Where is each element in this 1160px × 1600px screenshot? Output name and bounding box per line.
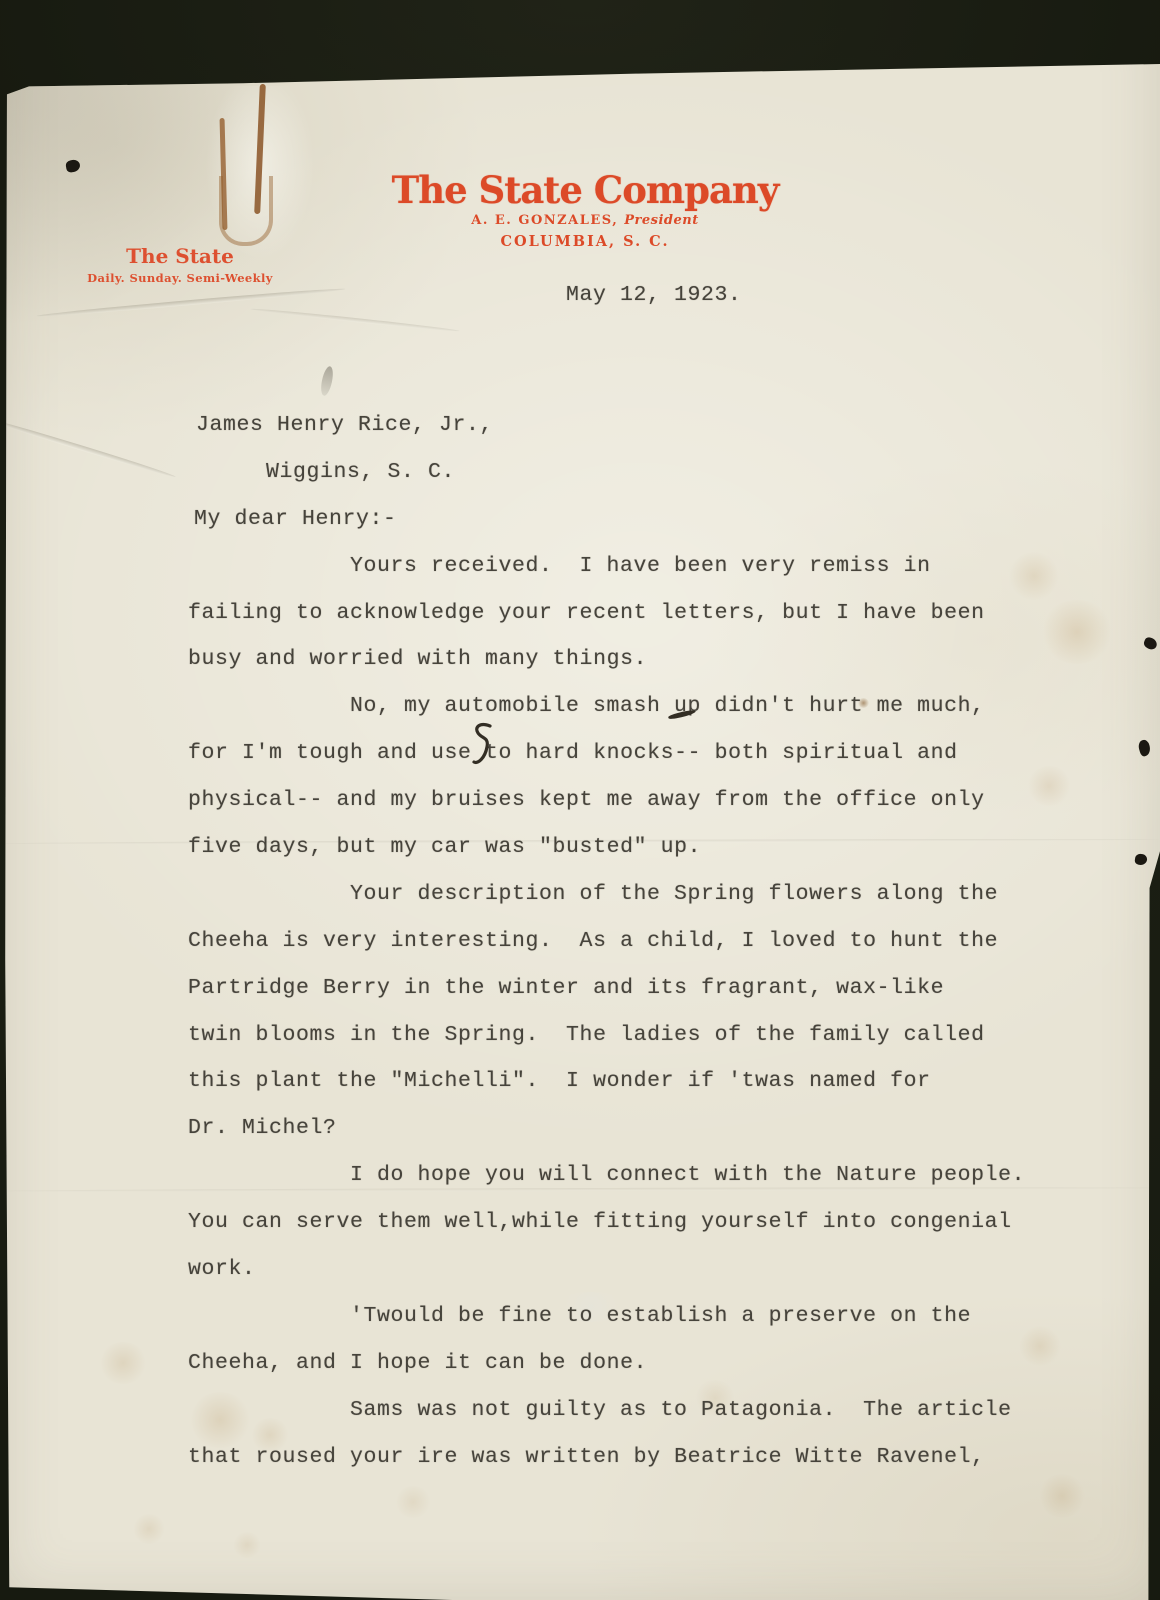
letter-line: Cheeha is very interesting. As a child, … xyxy=(188,918,1098,965)
letter-line: for I'm tough and use to hard knocks-- b… xyxy=(188,730,1098,777)
ink-blot xyxy=(1137,739,1152,757)
ink-blot xyxy=(1134,853,1147,866)
letter-line: Dr. Michel? xyxy=(188,1105,1098,1152)
masthead-subtitle: Daily. Sunday. Semi-Weekly xyxy=(80,271,280,285)
letter-line: Your description of the Spring flowers a… xyxy=(350,871,1098,918)
letterhead-president-line: A. E. GONZALES, President xyxy=(330,213,840,228)
president-title: President xyxy=(624,213,698,228)
letter-line: You can serve them well,while fitting yo… xyxy=(188,1199,1098,1246)
masthead-logo: The State Daily. Sunday. Semi-Weekly xyxy=(80,244,280,285)
salutation-line: My dear Henry:- xyxy=(194,496,1098,543)
crease-line xyxy=(0,416,176,479)
letter-line: 'Twould be fine to establish a preserve … xyxy=(350,1293,1098,1340)
letter-line: that roused your ire was written by Beat… xyxy=(188,1434,1098,1481)
letter-line: busy and worried with many things. xyxy=(188,636,1098,683)
letterhead-company-name: The State Company xyxy=(330,168,840,212)
foxing-stain xyxy=(132,1514,166,1544)
letter-line: failing to acknowledge your recent lette… xyxy=(188,590,1098,637)
letter-line: Yours received. I have been very remiss … xyxy=(350,543,1098,590)
pencil-smudge-mark xyxy=(319,365,335,396)
ink-blot xyxy=(1142,636,1158,651)
letter-line: physical-- and my bruises kept me away f… xyxy=(188,777,1098,824)
letter-line: twin blooms in the Spring. The ladies of… xyxy=(188,1012,1098,1059)
letter-line: Sams was not guilty as to Patagonia. The… xyxy=(350,1387,1098,1434)
paperclip-rust-mark xyxy=(219,176,273,246)
letter-line: five days, but my car was "busted" up. xyxy=(188,824,1098,871)
letter-line: No, my automobile smash up didn't hurt m… xyxy=(350,683,1098,730)
letter-line: work. xyxy=(188,1246,1098,1293)
letterhead-city-line: COLUMBIA, S. C. xyxy=(330,233,840,250)
masthead-title: The State xyxy=(80,244,280,268)
recipient-name-line: James Henry Rice, Jr., xyxy=(196,402,1098,449)
recipient-city-line: Wiggins, S. C. xyxy=(266,449,1098,496)
letter-body: James Henry Rice, Jr., Wiggins, S. C. My… xyxy=(188,402,1098,1480)
handwritten-d-insertion-mark xyxy=(470,722,496,768)
foxing-stain xyxy=(1038,1474,1086,1518)
letter-line: this plant the "Michelli". I wonder if '… xyxy=(188,1058,1098,1105)
foxing-stain xyxy=(394,1486,432,1518)
letter-line: I do hope you will connect with the Natu… xyxy=(350,1152,1098,1199)
president-name: A. E. GONZALES, xyxy=(471,213,618,228)
date-line: May 12, 1923. xyxy=(566,283,742,307)
foxing-stain xyxy=(232,1532,262,1558)
letter-line: Partridge Berry in the winter and its fr… xyxy=(188,965,1098,1012)
foxing-stain xyxy=(98,1342,148,1384)
letter-line: Cheeha, and I hope it can be done. xyxy=(188,1340,1098,1387)
letter-paper: The State Company A. E. GONZALES, Presid… xyxy=(0,0,1160,1600)
